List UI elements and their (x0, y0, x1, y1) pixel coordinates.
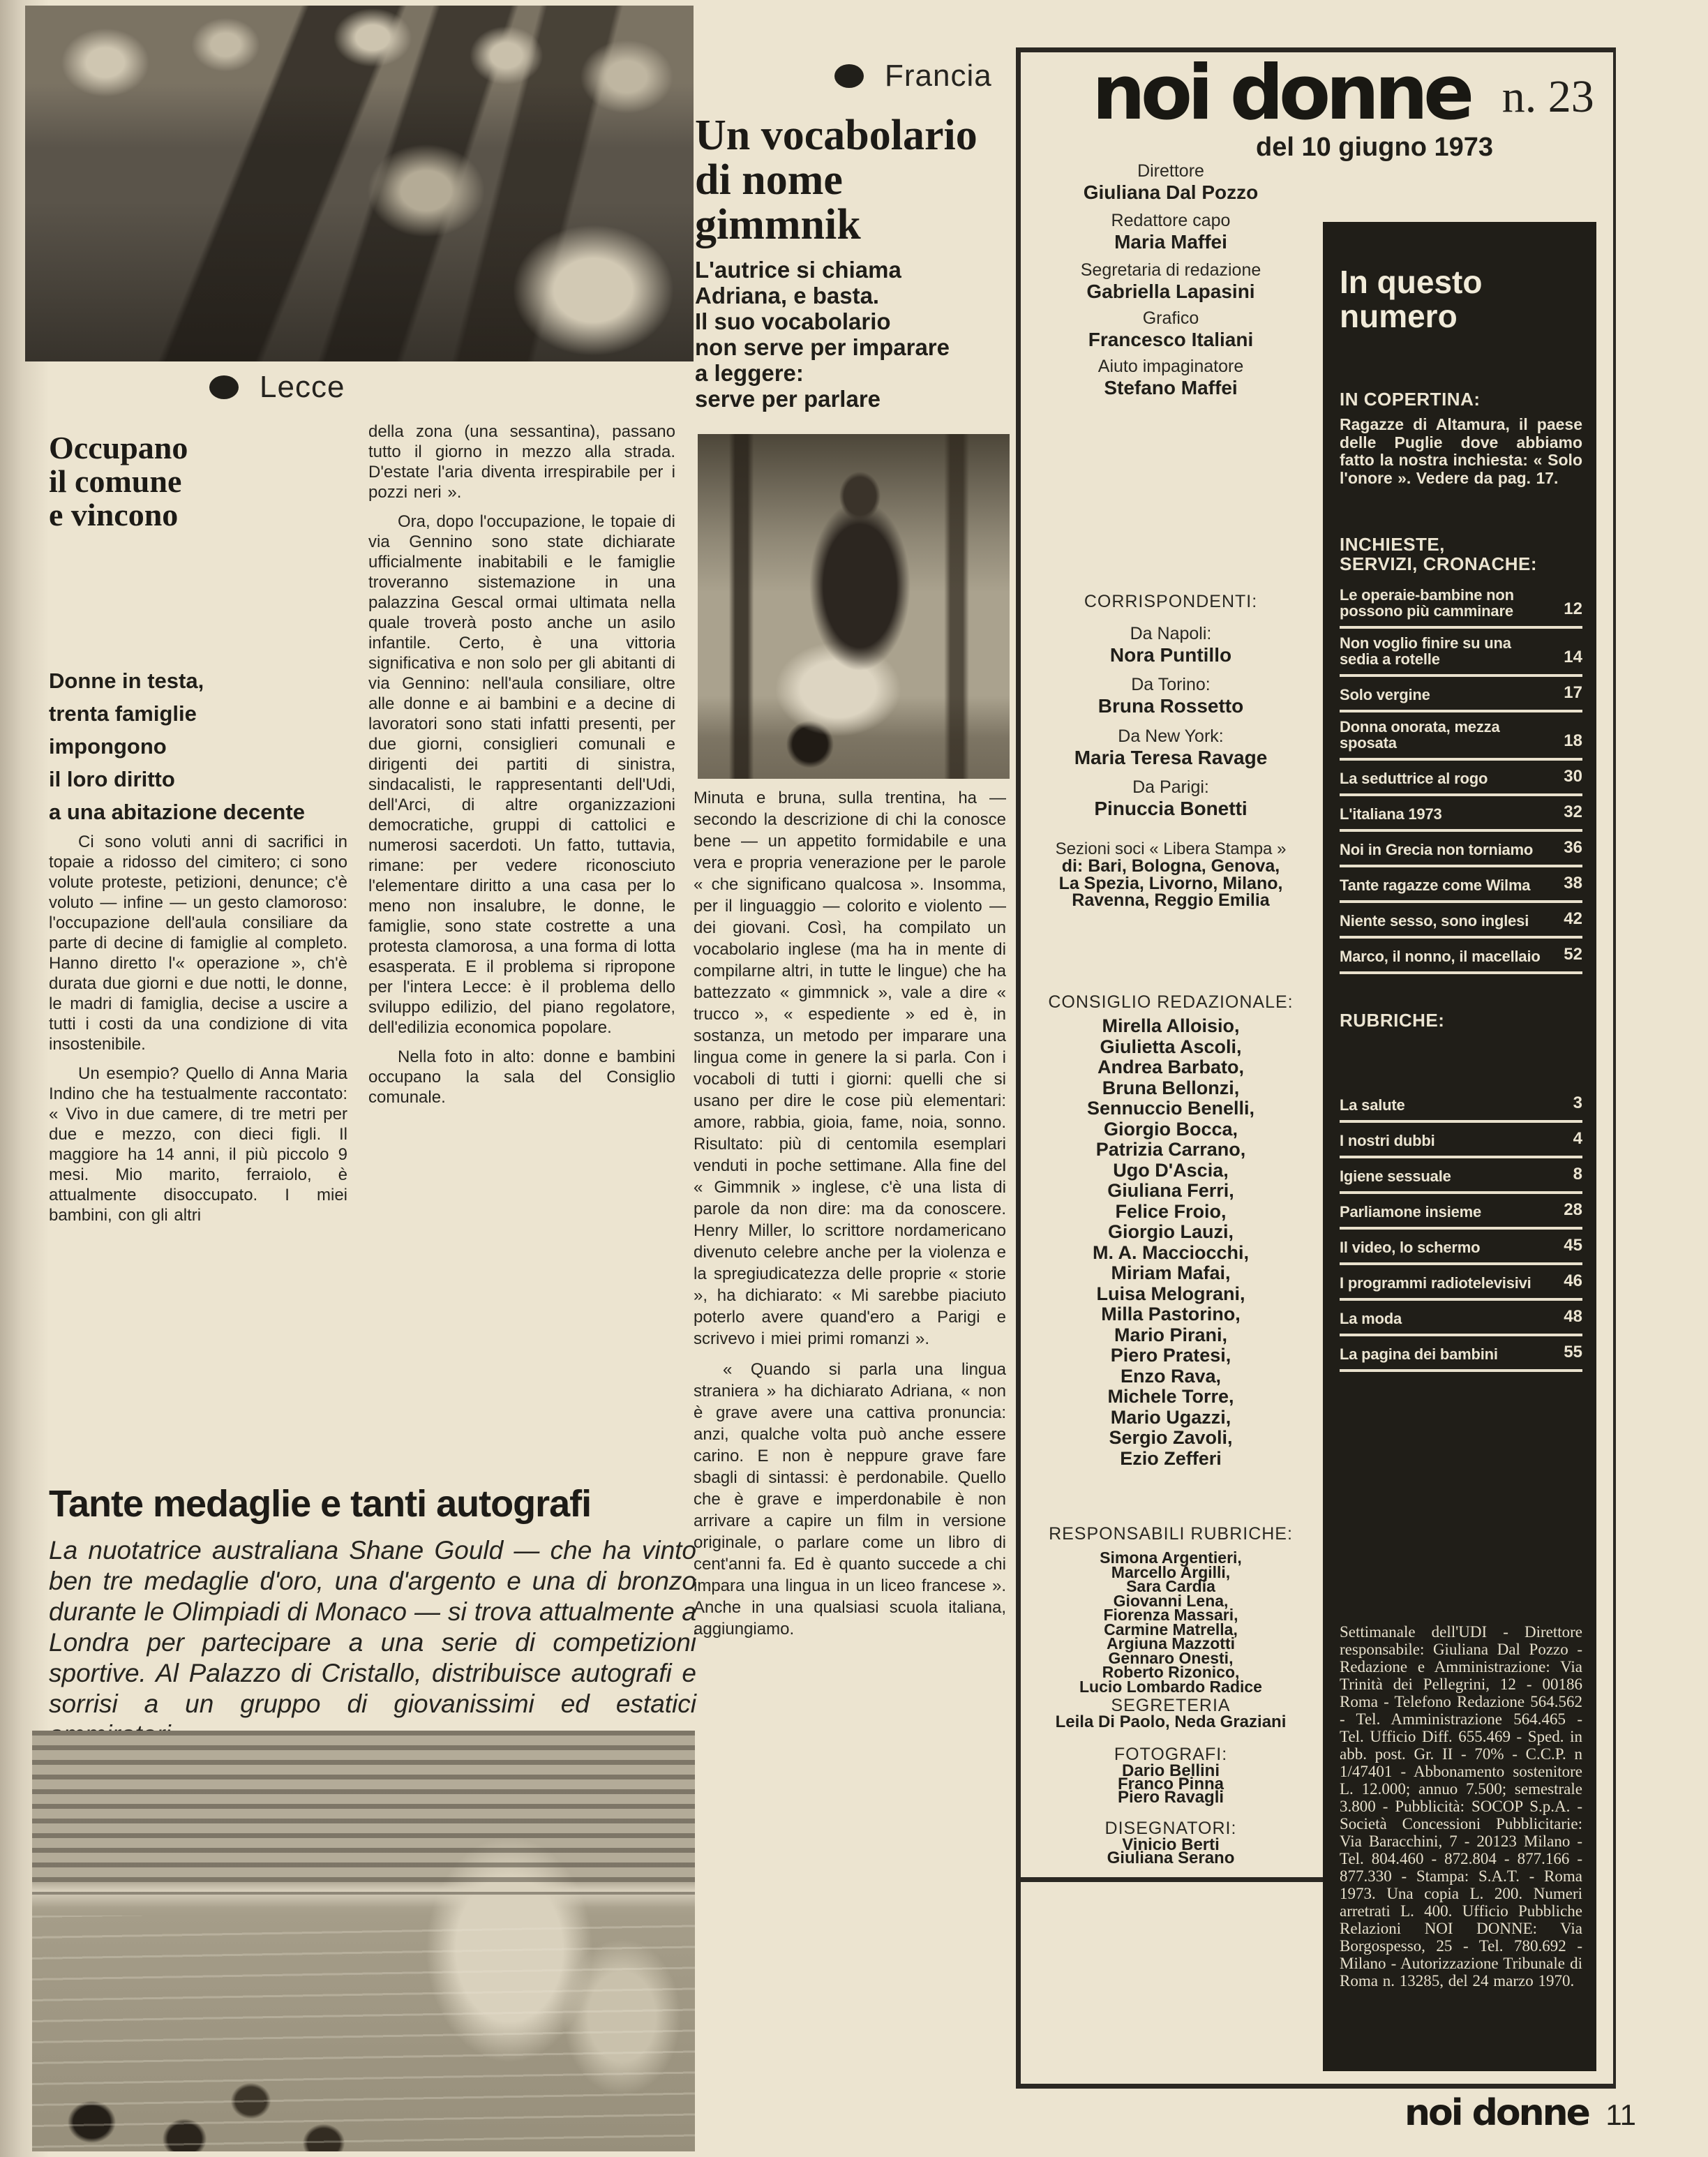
lecce-headline: Occupano il comune e vincono (49, 431, 349, 532)
toc-item-label: L'italiana 1973 (1340, 806, 1553, 822)
francia-headline: Un vocabolario di nome gimmnik (695, 113, 1005, 247)
toc-row: Niente sesso, sono inglesi42 (1340, 903, 1582, 939)
toc-item-label: La seduttrice al rogo (1340, 770, 1553, 786)
toc-row: Il video, lo schermo45 (1340, 1230, 1582, 1265)
toc-section-header: INCHIESTE, SERVIZI, CRONACHE: (1340, 535, 1582, 574)
correspondent-city: Da Parigi: (1020, 778, 1321, 796)
toc-row: La moda48 (1340, 1301, 1582, 1336)
correspondent: Da New York: Maria Teresa Ravage (1020, 727, 1321, 767)
toc-row: Marco, il nonno, il macellaio52 (1340, 939, 1582, 974)
toc-row: Solo vergine17 (1340, 677, 1582, 712)
francia-article-column: Minuta e bruna, sulla trentina, ha — sec… (694, 787, 1006, 1640)
toc-row: Tante ragazze come Wilma38 (1340, 867, 1582, 903)
staff-name: Giuliana Dal Pozzo (1020, 184, 1321, 202)
noi-donne-logo: noi donne (1092, 61, 1469, 126)
article-paragraph: della zona (una sessantina), passano tut… (368, 421, 675, 502)
photo-adriana-motorcycle (698, 434, 1010, 779)
gould-headline: Tante medaglie e tanti autografi (49, 1482, 698, 1525)
toc-item-page: 32 (1564, 803, 1582, 822)
bullet-icon (834, 64, 864, 88)
bottom-divider-rule (1016, 2084, 1616, 2089)
toc-item-label: Parliamone insieme (1340, 1204, 1553, 1220)
correspondent-city: Da Napoli: (1020, 625, 1321, 643)
bullet-icon (209, 375, 239, 399)
staff-role: Grafico (1020, 309, 1321, 327)
consiglio-header: CONSIGLIO REDAZIONALE: (1020, 992, 1321, 1013)
staff-role: Aiuto impaginatore (1020, 357, 1321, 375)
toc-row: L'italiana 197332 (1340, 796, 1582, 832)
staff-bottom-rule (1016, 1877, 1328, 1882)
correspondent: Da Parigi: Pinuccia Bonetti (1020, 778, 1321, 818)
sezioni-soci-note: Sezioni soci « Libera Stampa » di: Bari,… (1020, 841, 1321, 909)
staff-group-impaginatore: Aiuto impaginatore Stefano Maffei (1020, 357, 1321, 397)
toc-item-page: 3 (1573, 1094, 1582, 1113)
toc-item-page: 46 (1564, 1271, 1582, 1291)
correspondent-name: Pinuccia Bonetti (1020, 800, 1321, 818)
toc-item-page: 8 (1573, 1165, 1582, 1184)
toc-item-page: 4 (1573, 1129, 1582, 1149)
toc-item-label: Tante ragazze come Wilma (1340, 877, 1553, 893)
toc-item-label: I nostri dubbi (1340, 1133, 1553, 1149)
toc-item-list: Le operaie-bambine non possono più cammi… (1340, 581, 1582, 974)
toc-item-label: La moda (1340, 1311, 1553, 1327)
toc-title: In questo numero (1340, 265, 1582, 334)
fotografi-names: Dario Bellini Franco Pinna Piero Ravagli (1020, 1764, 1321, 1804)
toc-item-page: 12 (1564, 599, 1582, 619)
sezioni-cities: di: Bari, Bologna, Genova, La Spezia, Li… (1020, 858, 1321, 909)
toc-box: In questo numero IN COPERTINA: Ragazze d… (1323, 222, 1596, 2071)
staff-group-grafico: Grafico Francesco Italiani (1020, 309, 1321, 349)
gould-caption-text: La nuotatrice australiana Shane Gould — … (49, 1535, 696, 1750)
consiglio-names: Mirella Alloisio, Giulietta Ascoli, Andr… (1020, 1016, 1321, 1469)
correspondent-city: Da New York: (1020, 727, 1321, 745)
toc-item-label: Solo vergine (1340, 687, 1553, 703)
lecce-article-column-1: Ci sono voluti anni di sacrifici in topa… (49, 832, 347, 1225)
toc-item-label: Niente sesso, sono inglesi (1340, 913, 1553, 929)
staff-group-segretaria: Segretaria di redazione Gabriella Lapasi… (1020, 261, 1321, 301)
toc-item-label: La salute (1340, 1097, 1553, 1113)
responsabili-header: RESPONSABILI RUBRICHE: (1020, 1524, 1321, 1544)
photo-caption-paragraph: Nella foto in alto: donne e bambini occu… (368, 1047, 675, 1107)
staff-name: Gabriella Lapasini (1020, 283, 1321, 301)
location-tag-francia: Francia (834, 59, 992, 94)
correspondent: Da Torino: Bruna Rossetto (1020, 676, 1321, 715)
toc-item-label: Igiene sessuale (1340, 1168, 1553, 1184)
staff-group-redattore: Redattore capo Maria Maffei (1020, 211, 1321, 251)
staff-role: Direttore (1020, 162, 1321, 180)
issue-date: del 10 giugno 1973 (1158, 133, 1591, 163)
location-tag-label: Lecce (260, 370, 345, 405)
toc-row: Parliamone insieme28 (1340, 1194, 1582, 1230)
staff-name: Stefano Maffei (1020, 379, 1321, 397)
francia-standfirst: L'autrice si chiama Adriana, e basta. Il… (695, 257, 1016, 412)
location-tag-label: Francia (885, 59, 992, 94)
toc-item-label: Noi in Grecia non torniamo (1340, 842, 1553, 858)
correspondent-name: Maria Teresa Ravage (1020, 749, 1321, 767)
toc-item-list: La salute3 I nostri dubbi4 Igiene sessua… (1340, 1087, 1582, 1372)
masthead: noi donne n. 23 (1092, 61, 1650, 126)
correspondent-name: Nora Puntillo (1020, 646, 1321, 664)
footer-logo: noi donne (1404, 2092, 1589, 2134)
right-edge-rule (1613, 47, 1616, 2089)
staff-role: Segretaria di redazione (1020, 261, 1321, 279)
toc-item-label: Donna onorata, mezza sposata (1340, 719, 1553, 751)
toc-item-page: 45 (1564, 1236, 1582, 1255)
staff-name: Maria Maffei (1020, 233, 1321, 251)
page-number: 11 (1605, 2098, 1636, 2131)
article-paragraph: Ci sono voluti anni di sacrifici in topa… (49, 832, 347, 1054)
staff-name: Francesco Italiani (1020, 331, 1321, 349)
toc-item-label: I programmi radiotelevisivi (1340, 1275, 1553, 1291)
toc-cover-text: Ragazze di Altamura, il paese delle Pugl… (1340, 416, 1582, 487)
disegnatori-names: Vinicio Berti Giuliana Serano (1020, 1838, 1321, 1865)
segreteria-names: Leila Di Paolo, Neda Graziani (1020, 1715, 1321, 1729)
correspondent-name: Bruna Rossetto (1020, 697, 1321, 715)
toc-item-page: 28 (1564, 1200, 1582, 1220)
toc-item-page: 42 (1564, 909, 1582, 929)
toc-row: La seduttrice al rogo30 (1340, 761, 1582, 796)
staff-group-direttore: Direttore Giuliana Dal Pozzo (1020, 162, 1321, 202)
toc-row: Non voglio finire su una sedia a rotelle… (1340, 629, 1582, 677)
colophon-text: Settimanale dell'UDI - Direttore respons… (1340, 1623, 1582, 1990)
toc-row: La salute3 (1340, 1087, 1582, 1123)
article-paragraph: Un esempio? Quello di Anna Maria Indino … (49, 1063, 347, 1225)
magazine-page-scan: { "page": { "paper_color": "#ece4d0", "i… (0, 0, 1708, 2157)
correspondent: Da Napoli: Nora Puntillo (1020, 625, 1321, 664)
location-tag-lecce: Lecce (209, 370, 345, 405)
issue-number: n. 23 (1502, 70, 1594, 124)
staff-role: Redattore capo (1020, 211, 1321, 230)
responsabili-names: Simona Argentieri, Marcello Argilli, Sar… (1020, 1551, 1321, 1694)
toc-row: Le operaie-bambine non possono più cammi… (1340, 581, 1582, 629)
toc-row: I programmi radiotelevisivi46 (1340, 1265, 1582, 1301)
toc-row: Noi in Grecia non torniamo36 (1340, 832, 1582, 867)
toc-item-page: 18 (1564, 731, 1582, 751)
article-paragraph: Minuta e bruna, sulla trentina, ha — sec… (694, 787, 1006, 1350)
toc-row: Donna onorata, mezza sposata18 (1340, 712, 1582, 761)
toc-item-page: 30 (1564, 767, 1582, 786)
toc-item-label: Le operaie-bambine non possono più cammi… (1340, 587, 1553, 619)
photo-shane-gould-pool (32, 1731, 695, 2151)
sezioni-intro: Sezioni soci « Libera Stampa » (1020, 841, 1321, 858)
toc-item-page: 55 (1564, 1343, 1582, 1362)
toc-item-page: 52 (1564, 945, 1582, 964)
toc-cover-header: IN COPERTINA: (1340, 389, 1582, 409)
correspondent-city: Da Torino: (1020, 676, 1321, 694)
toc-row: Igiene sessuale8 (1340, 1158, 1582, 1194)
toc-item-label: Il video, lo schermo (1340, 1239, 1553, 1255)
article-paragraph: Ora, dopo l'occupazione, le topaie di vi… (368, 512, 675, 1038)
toc-item-label: La pagina dei bambini (1340, 1346, 1553, 1362)
lecce-standfirst: Donne in testa, trenta famiglie impongon… (49, 664, 359, 828)
toc-row: I nostri dubbi4 (1340, 1123, 1582, 1158)
toc-item-page: 36 (1564, 838, 1582, 858)
toc-item-label: Non voglio finire su una sedia a rotelle (1340, 635, 1553, 667)
lecce-article-column-2: della zona (una sessantina), passano tut… (368, 421, 675, 1107)
toc-item-page: 14 (1564, 648, 1582, 667)
page-footer: noi donne 11 (1186, 2092, 1636, 2134)
toc-row: La pagina dei bambini55 (1340, 1336, 1582, 1372)
correspondents-header: CORRISPONDENTI: (1020, 592, 1321, 612)
article-paragraph: « Quando si parla una lingua straniera »… (694, 1359, 1006, 1640)
toc-item-page: 17 (1564, 683, 1582, 703)
toc-section-header: RUBRICHE: (1340, 1010, 1582, 1030)
toc-item-label: Marco, il nonno, il macellaio (1340, 948, 1553, 964)
toc-item-page: 48 (1564, 1307, 1582, 1327)
photo-council-hall-occupation (25, 6, 694, 361)
toc-item-page: 38 (1564, 874, 1582, 893)
